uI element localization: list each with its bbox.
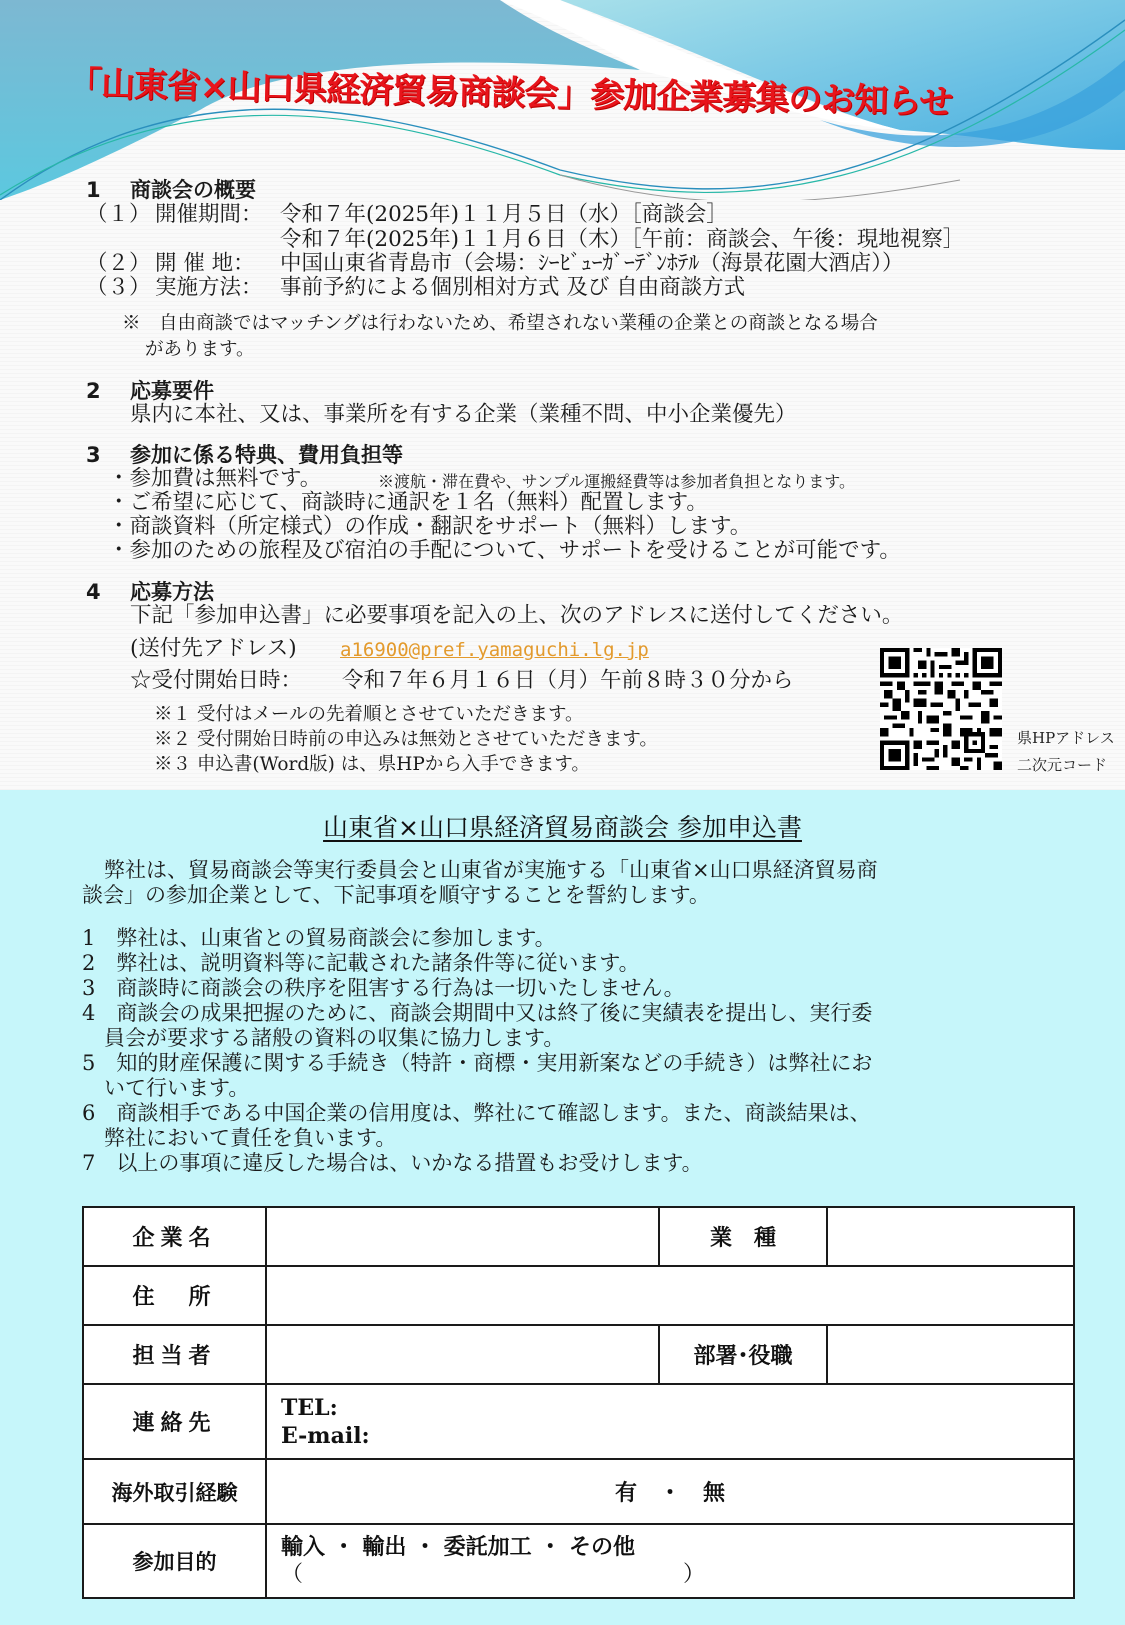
pledge-4: 4 商談会の成果把握のために、商談会期間中又は終了後に実績表を提出し、実行委 <box>82 1001 872 1026</box>
section3-number: 3 <box>86 443 101 467</box>
flyer-page: 「山東省×山口県経済貿易商談会」参加企業募集のお知らせ 1 商談会の概要 （１）… <box>0 0 1125 1625</box>
benefit-4: ・参加のための旅程及び宿泊の手配について、サポートを受けることが可能です。 <box>108 539 901 563</box>
form-intro-line1: 弊社は、貿易商談会等実行委員会と山東省が実施する「山東省×山口県経済貿易商 <box>104 858 878 883</box>
industry-field[interactable] <box>827 1207 1074 1266</box>
purpose-label: 参加目的 <box>83 1524 266 1598</box>
eligibility-text: 県内に本社、又は、事業所を有する企業（業種不問、中小企業優先） <box>130 403 797 427</box>
section2-number: 2 <box>86 379 101 403</box>
benefit-2: ・ご希望に応じて、商談時に通訳を１名（無料）配置します。 <box>108 491 708 515</box>
pledge-7: 7 以上の事項に違反した場合は、いかなる措置もお受けします。 <box>82 1151 703 1176</box>
contact-person-field[interactable] <box>266 1325 659 1384</box>
pledge-6-cont: 弊社において責任を負います。 <box>104 1126 396 1151</box>
pledge-1: 1 弊社は、山東省との貿易商談会に参加します。 <box>82 926 556 951</box>
address-label: 住 所 <box>83 1266 266 1325</box>
department-title-label: 部署･役職 <box>659 1325 827 1384</box>
benefit-1: ・参加費は無料です。 <box>108 467 321 491</box>
section2-heading: 応募要件 <box>130 379 214 403</box>
pledge-2: 2 弊社は、説明資料等に記載された諸条件等に従います。 <box>82 951 640 976</box>
application-instructions: 下記「参加申込書」に必要事項を記入の上、次のアドレスに送付してください。 <box>130 604 903 628</box>
contact-info-label: 連絡先 <box>83 1384 266 1459</box>
overseas-experience-label: 海外取引経験 <box>83 1459 266 1524</box>
tel-label: TEL: <box>281 1394 1073 1422</box>
row-purpose: 参加目的 輸入 ・ 輸出 ・ 委託加工 ・ その他 （） <box>83 1524 1074 1598</box>
purpose-options[interactable]: 輸入 ・ 輸出 ・ 委託加工 ・ その他 <box>281 1533 1073 1561</box>
application-table: 企業名 業 種 住 所 担当者 部署･役職 連絡先 TEL: E-mail: <box>82 1206 1075 1599</box>
address-label: (送付先アドレス) <box>130 637 297 661</box>
qr-label-line2: 二次元コード <box>1017 754 1107 775</box>
section3-heading: 参加に係る特典、費用負担等 <box>130 443 403 467</box>
row-company: 企業名 業 種 <box>83 1207 1074 1266</box>
overseas-experience-options[interactable]: 有 ・ 無 <box>266 1459 1074 1524</box>
row-person: 担当者 部署･役職 <box>83 1325 1074 1384</box>
method-num: （３） <box>86 276 151 300</box>
qr-label-line1: 県HPアドレス <box>1017 727 1115 748</box>
department-title-field[interactable] <box>827 1325 1074 1384</box>
row-contact: 連絡先 TEL: E-mail: <box>83 1384 1074 1459</box>
contact-person-label: 担当者 <box>83 1325 266 1384</box>
free-negotiation-note-cont: があります。 <box>145 338 255 362</box>
announcement-section: 「山東省×山口県経済貿易商談会」参加企業募集のお知らせ 1 商談会の概要 （１）… <box>0 0 1125 790</box>
period-line-2: 令和７年(2025年)１１月６日（木）［午前：商談会、午後：現地視察］ <box>280 228 964 252</box>
venue-value: 中国山東省青島市（会場：ｼｰﾋﾞｭｰｶﾞｰﾃﾞﾝﾎﾃﾙ（海景花園大酒店）） <box>280 252 904 276</box>
industry-label: 業 種 <box>659 1207 827 1266</box>
venue-num: （２） <box>86 252 151 276</box>
section1-heading: 商談会の概要 <box>130 178 256 202</box>
email-link[interactable]: a16900@pref.yamaguchi.lg.jp <box>340 638 649 662</box>
pledge-3: 3 商談時に商談会の秩序を阻害する行為は一切いたしません。 <box>82 976 685 1001</box>
method-label: 実施方法： <box>155 276 263 300</box>
application-note-3: ※３ 申込書(Word版) は、県HPから入手できます。 <box>154 753 590 777</box>
benefit-3: ・商談資料（所定様式）の作成・翻訳をサポート（無料）します。 <box>108 515 751 539</box>
pledge-5-cont: いて行います。 <box>104 1076 249 1101</box>
pledge-4-cont: 員会が要求する諸般の資料の収集に協力します。 <box>104 1026 564 1051</box>
address-field[interactable] <box>266 1266 1074 1325</box>
row-overseas: 海外取引経験 有 ・ 無 <box>83 1459 1074 1524</box>
section4-heading: 応募方法 <box>130 580 214 604</box>
method-value: 事前予約による個別相対方式 及び 自由商談方式 <box>280 276 745 300</box>
company-name-label: 企業名 <box>83 1207 266 1266</box>
section4-number: 4 <box>86 580 101 604</box>
start-datetime-label: ☆受付開始日時： <box>130 669 302 693</box>
company-name-field[interactable] <box>266 1207 659 1266</box>
application-form-section: 山東省×山口県経済貿易商談会 参加申込書 弊社は、貿易商談会等実行委員会と山東省… <box>0 790 1125 1625</box>
period-num: （１） <box>86 203 151 227</box>
contact-info-field[interactable]: TEL: E-mail: <box>266 1384 1074 1459</box>
row-address: 住 所 <box>83 1266 1074 1325</box>
form-intro-line2: 談会」の参加企業として、下記事項を順守することを誓約します。 <box>82 883 710 908</box>
pledge-5: 5 知的財産保護に関する手続き（特許・商標・実用新案などの手続き）は弊社にお <box>82 1051 872 1076</box>
application-note-2: ※２ 受付開始日時前の申込みは無効とさせていただきます。 <box>154 728 658 752</box>
qr-code-icon <box>880 648 1002 770</box>
qr-code[interactable] <box>880 648 1002 770</box>
email-label: E-mail: <box>281 1422 1073 1450</box>
venue-label: 開 催 地： <box>155 252 255 276</box>
purpose-other-open: （ <box>281 1562 303 1587</box>
free-negotiation-note: ※ 自由商談ではマッチングは行わないため、希望されない業種の企業との商談となる場… <box>122 312 878 336</box>
form-title: 山東省×山口県経済貿易商談会 参加申込書 <box>0 808 1125 844</box>
application-note-1: ※１ 受付はメールの先着順とさせていただきます。 <box>154 703 584 727</box>
period-line-1: 令和７年(2025年)１１月５日（水）［商談会］ <box>280 203 728 227</box>
section1-number: 1 <box>86 178 101 202</box>
start-datetime-value: 令和７年６月１６日（月）午前８時３０分から <box>342 669 794 693</box>
purpose-other-close: ） <box>683 1562 705 1587</box>
pledge-6: 6 商談相手である中国企業の信用度は、弊社にて確認します。また、商談結果は、 <box>82 1101 871 1126</box>
purpose-field[interactable]: 輸入 ・ 輸出 ・ 委託加工 ・ その他 （） <box>266 1524 1074 1598</box>
period-label: 開催期間： <box>155 203 263 227</box>
